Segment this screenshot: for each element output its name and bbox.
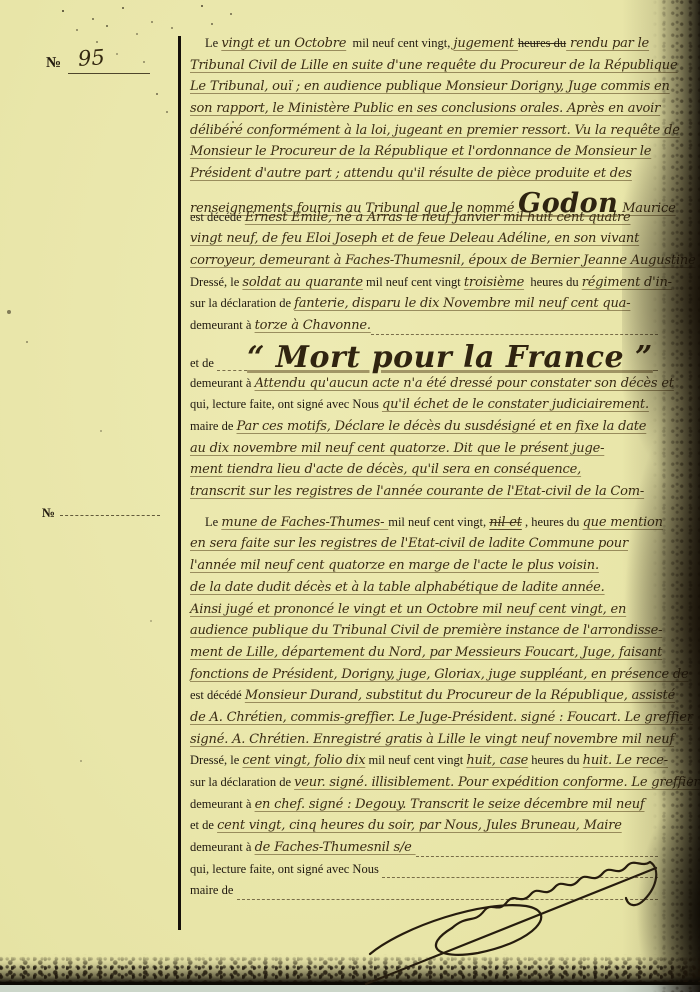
text-segment: Ainsi jugé et prononcé le vingt et un Oc…	[190, 602, 626, 617]
text-segment: heures du	[524, 275, 582, 290]
text-line: Le Tribunal, ouï ; en audience publique …	[190, 79, 658, 101]
text-line: transcrit sur les registres de l'année c…	[190, 484, 658, 506]
text-segment: et de	[190, 818, 217, 833]
text-line: Monsieur le Procureur de la République e…	[190, 144, 658, 166]
text-segment: corroyeur, demeurant à Faches-Thumesnil,…	[190, 253, 696, 268]
signature-scrawl	[356, 856, 691, 986]
text-line: de A. Chrétien, commis-greffier. Le Juge…	[190, 710, 658, 732]
text-segment: veur. signé. illisiblement. Pour expédit…	[294, 775, 699, 790]
text-line: signé. A. Chrétien. Enregistré gratis à …	[190, 732, 658, 754]
text-segment: audience publique du Tribunal Civil de p…	[190, 623, 662, 638]
blank-rule	[371, 334, 658, 335]
text-line: l'année mil neuf cent quatorze en marge …	[190, 558, 658, 580]
text-segment: demeurant à	[190, 376, 255, 391]
text-segment: maire de	[190, 419, 237, 434]
text-line: Le vingt et un Octobre mil neuf cent vin…	[190, 36, 658, 58]
text-line: ment tiendra lieu d'acte de décès, qu'il…	[190, 462, 658, 484]
text-line: son rapport, le Ministère Public en ses …	[190, 101, 658, 123]
text-segment: rendu par le	[566, 36, 649, 51]
text-line: de la date dudit décès et à la table alp…	[190, 580, 658, 602]
document-lines: Le vingt et un Octobre mil neuf cent vin…	[190, 36, 658, 905]
text-line: Tribunal Civil de Lille en suite d'une r…	[190, 58, 658, 80]
text-segment: “ Mort pour la France ”	[247, 340, 653, 375]
text-segment: demeurant à	[190, 797, 255, 812]
text-segment: Monsieur le Procureur de la République e…	[190, 144, 651, 159]
text-segment: Le Tribunal, ouï ; en audience publique …	[190, 79, 670, 94]
scanned-death-record-page: № 95 № Le vingt et un Octobre mil neuf c…	[0, 0, 700, 992]
text-segment: Par ces motifs, Déclare le décès du susd…	[237, 419, 647, 434]
text-segment: Le	[205, 36, 221, 51]
text-segment: Dressé, le	[190, 275, 242, 290]
text-segment: et de	[190, 356, 217, 371]
text-line: Président d'autre part ; attendu qu'il r…	[190, 166, 658, 188]
text-segment: Ernest Emile, né à Arras le neuf Janvier…	[245, 210, 631, 225]
text-segment: sur la déclaration de	[190, 775, 294, 790]
text-line: est décédé Ernest Emile, né à Arras le n…	[190, 210, 658, 232]
scanner-background-strip	[0, 985, 700, 992]
text-line: est décédé Monsieur Durand, substitut du…	[190, 688, 658, 710]
text-line: Ainsi jugé et prononcé le vingt et un Oc…	[190, 602, 658, 624]
record-number: № 95	[46, 54, 156, 72]
text-segment: , heures du	[522, 515, 583, 530]
text-line: demeurant à Attendu qu'aucun acte n'a ét…	[190, 376, 658, 398]
text-line: sur la déclaration de fanterie, disparu …	[190, 296, 658, 318]
text-segment: demeurant à	[190, 318, 255, 333]
scan-edge-right-grain	[652, 0, 700, 992]
text-line: Dressé, le soldat au quarante mil neuf c…	[190, 275, 658, 297]
text-segment: mil neuf cent vingt	[365, 753, 466, 768]
text-segment: de A. Chrétien, commis-greffier. Le Juge…	[190, 710, 693, 725]
text-segment: qui, lecture faite, ont signé avec Nous	[190, 862, 382, 877]
text-segment: de Faches-Thumesnil s/e	[255, 840, 416, 855]
text-segment: torze à Chavonne.	[255, 318, 371, 333]
text-segment: maire de	[190, 883, 237, 898]
text-line: en sera faite sur les registres de l'Eta…	[190, 536, 658, 558]
text-line: fonctions de Président, Dorigny, juge, G…	[190, 667, 658, 689]
text-segment: qui, lecture faite, ont signé avec Nous	[190, 397, 382, 412]
record-number-blank-label: №	[42, 505, 55, 520]
text-line: demeurant à en chef. signé : Degouy. Tra…	[190, 797, 658, 819]
blank-rule	[653, 370, 658, 371]
text-segment: sur la déclaration de	[190, 296, 294, 311]
text-line: vingt neuf, de feu Eloi Joseph et de feu…	[190, 231, 658, 253]
text-segment: son rapport, le Ministère Public en ses …	[190, 101, 660, 116]
text-segment: fonctions de Président, Dorigny, juge, G…	[190, 667, 689, 682]
text-segment: au dix novembre mil neuf cent quatorze. …	[190, 441, 604, 456]
text-segment: en chef. signé : Degouy. Transcrit le se…	[255, 797, 645, 812]
text-line: corroyeur, demeurant à Faches-Thumesnil,…	[190, 253, 658, 275]
text-line: et de cent vingt, cinq heures du soir, p…	[190, 818, 658, 840]
text-segment: vingt et un Octobre	[221, 36, 346, 51]
text-segment: est décédé	[190, 688, 245, 703]
text-segment: est décédé	[190, 210, 245, 225]
text-segment: mune de Faches-Thumes-	[221, 515, 388, 530]
text-segment: Monsieur Durand, substitut du Procureur …	[245, 688, 675, 703]
text-line: ment de Lille, département du Nord, par …	[190, 645, 658, 667]
text-segment: cent vingt, cinq heures du soir, par Nou…	[217, 818, 622, 833]
text-segment: heures du	[528, 753, 583, 768]
text-line: qui, lecture faite, ont signé avec Nous …	[190, 397, 658, 419]
text-segment: Président d'autre part ; attendu qu'il r…	[190, 166, 632, 181]
record-number-value: 95	[77, 45, 105, 71]
text-line: sur la déclaration de veur. signé. illis…	[190, 775, 658, 797]
text-line: délibéré conformément à la loi, jugeant …	[190, 123, 658, 145]
text-segment: de la date dudit décès et à la table alp…	[190, 580, 605, 595]
text-segment: demeurant à	[190, 840, 255, 855]
text-segment: ment tiendra lieu d'acte de décès, qu'il…	[190, 462, 581, 477]
text-segment: mil neuf cent vingt,	[388, 515, 489, 530]
record-number-rule	[68, 73, 150, 74]
text-segment: que mention	[583, 515, 663, 530]
text-segment: nil et	[489, 515, 522, 530]
text-line: maire de Par ces motifs, Déclare le décè…	[190, 419, 658, 441]
text-segment: fanterie, disparu le dix Novembre mil ne…	[294, 296, 630, 311]
text-line: Dressé, le cent vingt, folio dix mil neu…	[190, 753, 658, 775]
text-segment: en sera faite sur les registres de l'Eta…	[190, 536, 628, 551]
text-segment: cent vingt, folio dix	[242, 753, 365, 768]
text-segment: troisième	[464, 275, 524, 290]
text-segment: transcrit sur les registres de l'année c…	[190, 484, 644, 499]
text-segment: ment de Lille, département du Nord, par …	[190, 645, 662, 660]
text-segment: soldat au quarante	[242, 275, 362, 290]
text-line: au dix novembre mil neuf cent quatorze. …	[190, 441, 658, 463]
text-segment: vingt neuf, de feu Eloi Joseph et de feu…	[190, 231, 639, 246]
text-segment: jugement	[454, 36, 518, 51]
text-line: demeurant à torze à Chavonne.	[190, 318, 658, 340]
text-segment: mil neuf cent vingt,	[346, 36, 453, 51]
margin-rule	[178, 36, 181, 930]
text-segment: signé. A. Chrétien. Enregistré gratis à …	[190, 732, 674, 747]
text-segment: qu'il échet de le constater judiciaireme…	[382, 397, 649, 412]
text-segment: Dressé, le	[190, 753, 242, 768]
text-segment: heures du	[518, 36, 566, 51]
text-segment: Tribunal Civil de Lille en suite d'une r…	[190, 58, 677, 73]
scan-speckles	[0, 0, 2, 2]
text-line: renseignements fournis au Tribunal que l…	[190, 188, 658, 210]
text-segment: Attendu qu'aucun acte n'a été dressé pou…	[255, 376, 674, 391]
record-number-label: №	[46, 55, 61, 71]
text-segment: Le	[205, 515, 221, 530]
blank-rule	[217, 370, 247, 371]
text-segment: huit. Le rece-	[583, 753, 668, 768]
text-line: Le mune de Faches-Thumes- mil neuf cent …	[190, 515, 658, 537]
text-segment: l'année mil neuf cent quatorze en marge …	[190, 558, 599, 573]
text-line: et de “ Mort pour la France ”	[190, 340, 658, 376]
text-segment: mil neuf cent vingt	[363, 275, 464, 290]
text-segment: régiment d'in-	[582, 275, 672, 290]
record-number-blank: №	[42, 504, 182, 522]
text-segment: délibéré conformément à la loi, jugeant …	[190, 123, 680, 138]
text-line: audience publique du Tribunal Civil de p…	[190, 623, 658, 645]
record-number-blank-rule	[60, 515, 160, 516]
text-segment: huit, case	[466, 753, 528, 768]
